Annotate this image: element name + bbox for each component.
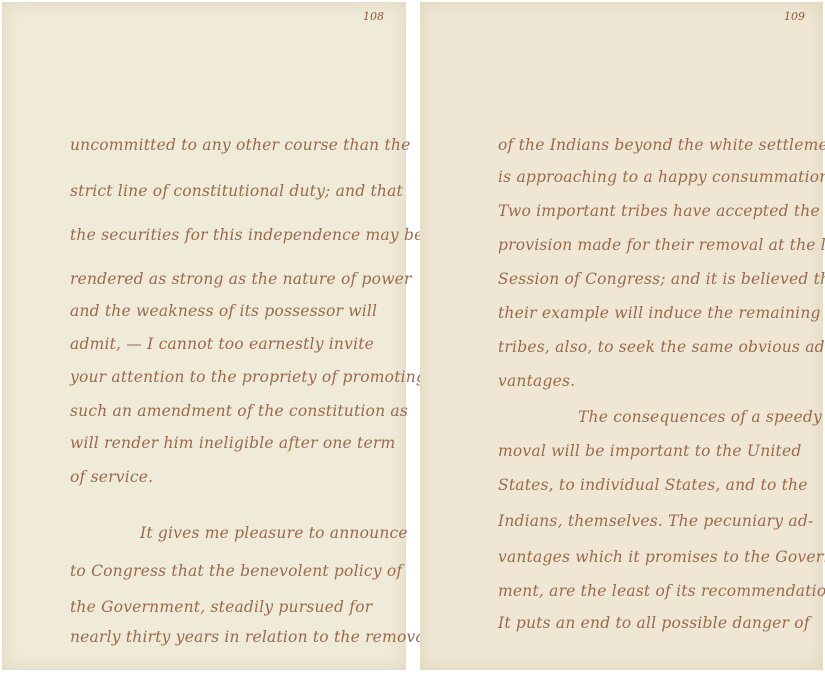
manuscript-line: strict line of constitutional duty; and … <box>70 182 403 200</box>
manuscript-line: rendered as strong as the nature of powe… <box>70 270 412 288</box>
manuscript-line: admit, — I cannot too earnestly invite <box>70 335 374 353</box>
manuscript-page-left: 108 uncommitted to any other course than… <box>2 2 406 670</box>
manuscript-line: tribes, also, to seek the same obvious a… <box>498 338 825 356</box>
manuscript-line: and the weakness of its possessor will <box>70 302 377 320</box>
manuscript-line: of service. <box>70 468 153 486</box>
manuscript-line: such an amendment of the constitution as <box>70 402 408 420</box>
manuscript-line: The consequences of a speedy re- <box>578 408 825 426</box>
page-number: 109 <box>784 10 805 23</box>
manuscript-line: the securities for this independence may… <box>70 226 423 244</box>
manuscript-line: your attention to the propriety of promo… <box>70 368 426 386</box>
manuscript-line: provision made for their removal at the … <box>498 236 825 254</box>
manuscript-line: moval will be important to the United <box>498 442 801 460</box>
manuscript-line: Two important tribes have accepted the <box>498 202 820 220</box>
manuscript-line: It gives me pleasure to announce <box>140 524 408 542</box>
manuscript-line: vantages which it promises to the Govern… <box>498 548 825 566</box>
manuscript-page-right: 109 of the Indians beyond the white sett… <box>420 2 823 670</box>
manuscript-line: Indians, themselves. The pecuniary ad- <box>498 512 813 530</box>
manuscript-line: will render him ineligible after one ter… <box>70 434 395 452</box>
manuscript-line: uncommitted to any other course than the <box>70 136 410 154</box>
manuscript-line: States, to individual States, and to the <box>498 476 808 494</box>
manuscript-line: their example will induce the remaining <box>498 304 821 322</box>
manuscript-line: Session of Congress; and it is believed … <box>498 270 825 288</box>
manuscript-line: It puts an end to all possible danger of <box>498 614 810 632</box>
manuscript-line: nearly thirty years in relation to the r… <box>70 628 430 646</box>
manuscript-line: ment, are the least of its recommendatio… <box>498 582 825 600</box>
page-number: 108 <box>363 10 384 23</box>
manuscript-line: vantages. <box>498 372 575 390</box>
manuscript-line: of the Indians beyond the white settleme… <box>498 136 825 154</box>
manuscript-line: is approaching to a happy consummation. <box>498 168 825 186</box>
manuscript-line: to Congress that the benevolent policy o… <box>70 562 402 580</box>
manuscript-line: the Government, steadily pursued for <box>70 598 372 616</box>
